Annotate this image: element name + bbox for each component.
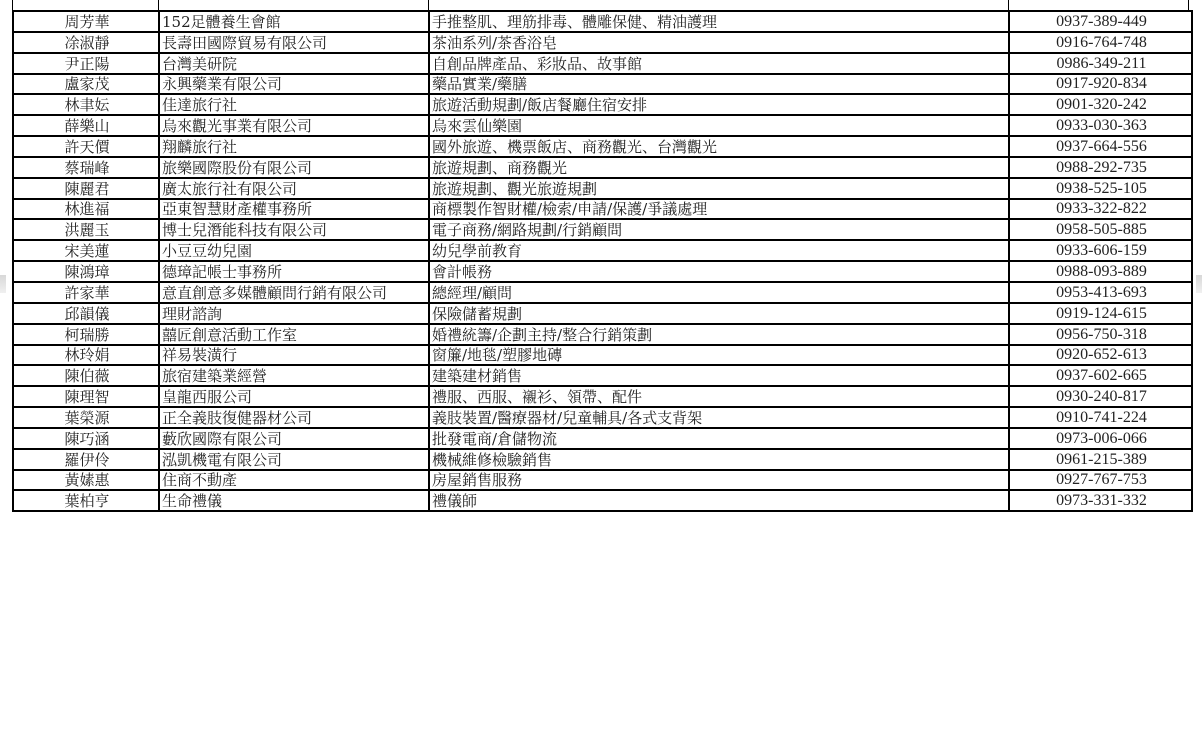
company-cell: 佳達旅行社 (159, 94, 429, 115)
company-cell: 皇龍西服公司 (159, 386, 429, 407)
service-cell: 旅遊規劃、觀光旅遊規劃 (429, 178, 1009, 199)
company-cell: 博士兒潛能科技有限公司 (159, 219, 429, 240)
company-cell: 152足體養生會館 (159, 11, 429, 32)
table-row: 柯瑞勝囍匠創意活動工作室婚禮統籌/企劃主持/整合行銷策劃0956-750-318 (13, 324, 1192, 345)
phone-cell: 0901-320-242 (1009, 94, 1192, 115)
service-cell: 烏來雲仙樂園 (429, 115, 1009, 136)
company-cell: 住商不動產 (159, 470, 429, 491)
service-cell: 電子商務/網路規劃/行銷顧問 (429, 219, 1009, 240)
service-cell: 旅遊活動規劃/飯店餐廳住宿安排 (429, 94, 1009, 115)
right-page-marker (1196, 275, 1202, 293)
phone-cell: 0973-006-066 (1009, 428, 1192, 449)
name-cell: 蔡瑞峰 (13, 157, 159, 178)
name-cell: 陳伯薇 (13, 365, 159, 386)
table-row: 林玲娟祥易裝潢行窗簾/地毯/塑膠地磚0920-652-613 (13, 345, 1192, 366)
phone-cell: 0973-331-332 (1009, 490, 1192, 511)
service-cell: 總經理/顧問 (429, 282, 1009, 303)
company-cell: 藪欣國際有限公司 (159, 428, 429, 449)
service-cell: 藥品實業/藥膳 (429, 74, 1009, 95)
phone-cell: 0986-349-211 (1009, 53, 1192, 74)
phone-cell: 0933-030-363 (1009, 115, 1192, 136)
phone-cell: 0953-413-693 (1009, 282, 1192, 303)
table-row: 陳巧涵藪欣國際有限公司批發電商/倉儲物流0973-006-066 (13, 428, 1192, 449)
company-cell: 長壽田國際貿易有限公司 (159, 32, 429, 53)
phone-cell: 0916-764-748 (1009, 32, 1192, 53)
name-cell: 林玲娟 (13, 345, 159, 366)
phone-cell: 0956-750-318 (1009, 324, 1192, 345)
table-row: 許家華意直創意多媒體顧問行銷有限公司總經理/顧問0953-413-693 (13, 282, 1192, 303)
phone-cell: 0937-664-556 (1009, 136, 1192, 157)
company-cell: 囍匠創意活動工作室 (159, 324, 429, 345)
table-row: 邱韻儀理財諮詢保險儲蓄規劃0919-124-615 (13, 303, 1192, 324)
service-cell: 窗簾/地毯/塑膠地磚 (429, 345, 1009, 366)
phone-cell: 0933-322-822 (1009, 199, 1192, 220)
name-cell: 周芳華 (13, 11, 159, 32)
service-cell: 義肢裝置/醫療器材/兒童輔具/各式支背架 (429, 407, 1009, 428)
phone-cell: 0988-093-889 (1009, 261, 1192, 282)
name-cell: 許家華 (13, 282, 159, 303)
service-cell: 建築建材銷售 (429, 365, 1009, 386)
service-cell: 房屋銷售服務 (429, 470, 1009, 491)
name-cell: 邱韻儀 (13, 303, 159, 324)
service-cell: 自創品牌產品、彩妝品、故事館 (429, 53, 1009, 74)
service-cell: 機械維修檢驗銷售 (429, 449, 1009, 470)
table-row: 洪麗玉博士兒潛能科技有限公司電子商務/網路規劃/行銷顧問0958-505-885 (13, 219, 1192, 240)
table-row: 宋美蓮小豆豆幼兒園幼兒學前教育0933-606-159 (13, 240, 1192, 261)
name-cell: 陳麗君 (13, 178, 159, 199)
table-row: 薛樂山烏來觀光事業有限公司烏來雲仙樂園0933-030-363 (13, 115, 1192, 136)
phone-cell: 0930-240-817 (1009, 386, 1192, 407)
name-cell: 凃淑靜 (13, 32, 159, 53)
name-cell: 黃嫊惠 (13, 470, 159, 491)
name-cell: 葉榮源 (13, 407, 159, 428)
table-row: 陳鴻璋德璋記帳士事務所會計帳務0988-093-889 (13, 261, 1192, 282)
service-cell: 婚禮統籌/企劃主持/整合行銷策劃 (429, 324, 1009, 345)
phone-cell: 0938-525-105 (1009, 178, 1192, 199)
name-cell: 林進福 (13, 199, 159, 220)
table-row: 黃嫊惠住商不動產房屋銷售服務0927-767-753 (13, 470, 1192, 491)
company-cell: 旅樂國際股份有限公司 (159, 157, 429, 178)
company-cell: 亞東智慧財產權事務所 (159, 199, 429, 220)
phone-cell: 0920-652-613 (1009, 345, 1192, 366)
table-row: 蔡瑞峰旅樂國際股份有限公司旅遊規劃、商務觀光0988-292-735 (13, 157, 1192, 178)
phone-cell: 0958-505-885 (1009, 219, 1192, 240)
service-cell: 國外旅遊、機票飯店、商務觀光、台灣觀光 (429, 136, 1009, 157)
contacts-table: 周芳華152足體養生會館手推整肌、理筋排毒、體雕保健、精油護理0937-389-… (12, 10, 1193, 512)
name-cell: 陳巧涵 (13, 428, 159, 449)
company-cell: 祥易裝潢行 (159, 345, 429, 366)
company-cell: 泓凱機電有限公司 (159, 449, 429, 470)
service-cell: 會計帳務 (429, 261, 1009, 282)
name-cell: 薛樂山 (13, 115, 159, 136)
name-cell: 柯瑞勝 (13, 324, 159, 345)
name-cell: 葉柏亨 (13, 490, 159, 511)
service-cell: 禮儀師 (429, 490, 1009, 511)
company-cell: 烏來觀光事業有限公司 (159, 115, 429, 136)
table-row: 許天價翔麟旅行社國外旅遊、機票飯店、商務觀光、台灣觀光0937-664-556 (13, 136, 1192, 157)
service-cell: 保險儲蓄規劃 (429, 303, 1009, 324)
company-cell: 意直創意多媒體顧問行銷有限公司 (159, 282, 429, 303)
service-cell: 手推整肌、理筋排毒、體雕保健、精油護理 (429, 11, 1009, 32)
phone-cell: 0933-606-159 (1009, 240, 1192, 261)
service-cell: 旅遊規劃、商務觀光 (429, 157, 1009, 178)
name-cell: 陳鴻璋 (13, 261, 159, 282)
phone-cell: 0988-292-735 (1009, 157, 1192, 178)
company-cell: 旅宿建築業經營 (159, 365, 429, 386)
name-cell: 盧家茂 (13, 74, 159, 95)
service-cell: 商標製作智財權/檢索/申請/保護/爭議處理 (429, 199, 1009, 220)
phone-cell: 0937-389-449 (1009, 11, 1192, 32)
phone-cell: 0917-920-834 (1009, 74, 1192, 95)
company-cell: 廣太旅行社有限公司 (159, 178, 429, 199)
table-row: 葉榮源正全義肢復健器材公司義肢裝置/醫療器材/兒童輔具/各式支背架0910-74… (13, 407, 1192, 428)
company-cell: 小豆豆幼兒園 (159, 240, 429, 261)
name-cell: 林聿妘 (13, 94, 159, 115)
company-cell: 台灣美研院 (159, 53, 429, 74)
table-row: 羅伊伶泓凱機電有限公司機械維修檢驗銷售0961-215-389 (13, 449, 1192, 470)
service-cell: 茶油系列/茶香浴皂 (429, 32, 1009, 53)
company-cell: 正全義肢復健器材公司 (159, 407, 429, 428)
table-row: 陳伯薇旅宿建築業經營建築建材銷售0937-602-665 (13, 365, 1192, 386)
table-row: 尹正陽台灣美研院自創品牌產品、彩妝品、故事館0986-349-211 (13, 53, 1192, 74)
company-cell: 理財諮詢 (159, 303, 429, 324)
phone-cell: 0910-741-224 (1009, 407, 1192, 428)
company-cell: 生命禮儀 (159, 490, 429, 511)
company-cell: 翔麟旅行社 (159, 136, 429, 157)
table-row: 林進福亞東智慧財產權事務所商標製作智財權/檢索/申請/保護/爭議處理0933-3… (13, 199, 1192, 220)
phone-cell: 0919-124-615 (1009, 303, 1192, 324)
name-cell: 宋美蓮 (13, 240, 159, 261)
name-cell: 許天價 (13, 136, 159, 157)
table-row: 葉柏亨生命禮儀禮儀師0973-331-332 (13, 490, 1192, 511)
name-cell: 陳理智 (13, 386, 159, 407)
left-page-marker (0, 275, 6, 293)
table-row: 周芳華152足體養生會館手推整肌、理筋排毒、體雕保健、精油護理0937-389-… (13, 11, 1192, 32)
service-cell: 批發電商/倉儲物流 (429, 428, 1009, 449)
table-row: 凃淑靜長壽田國際貿易有限公司茶油系列/茶香浴皂0916-764-748 (13, 32, 1192, 53)
phone-cell: 0937-602-665 (1009, 365, 1192, 386)
service-cell: 幼兒學前教育 (429, 240, 1009, 261)
table-row: 陳理智皇龍西服公司禮服、西服、襯衫、領帶、配件0930-240-817 (13, 386, 1192, 407)
company-cell: 德璋記帳士事務所 (159, 261, 429, 282)
name-cell: 尹正陽 (13, 53, 159, 74)
service-cell: 禮服、西服、襯衫、領帶、配件 (429, 386, 1009, 407)
contacts-table-body: 周芳華152足體養生會館手推整肌、理筋排毒、體雕保健、精油護理0937-389-… (13, 11, 1192, 511)
name-cell: 羅伊伶 (13, 449, 159, 470)
name-cell: 洪麗玉 (13, 219, 159, 240)
phone-cell: 0961-215-389 (1009, 449, 1192, 470)
table-row: 林聿妘佳達旅行社旅遊活動規劃/飯店餐廳住宿安排0901-320-242 (13, 94, 1192, 115)
phone-cell: 0927-767-753 (1009, 470, 1192, 491)
table-row: 陳麗君廣太旅行社有限公司旅遊規劃、觀光旅遊規劃0938-525-105 (13, 178, 1192, 199)
table-row: 盧家茂永興藥業有限公司藥品實業/藥膳0917-920-834 (13, 74, 1192, 95)
company-cell: 永興藥業有限公司 (159, 74, 429, 95)
